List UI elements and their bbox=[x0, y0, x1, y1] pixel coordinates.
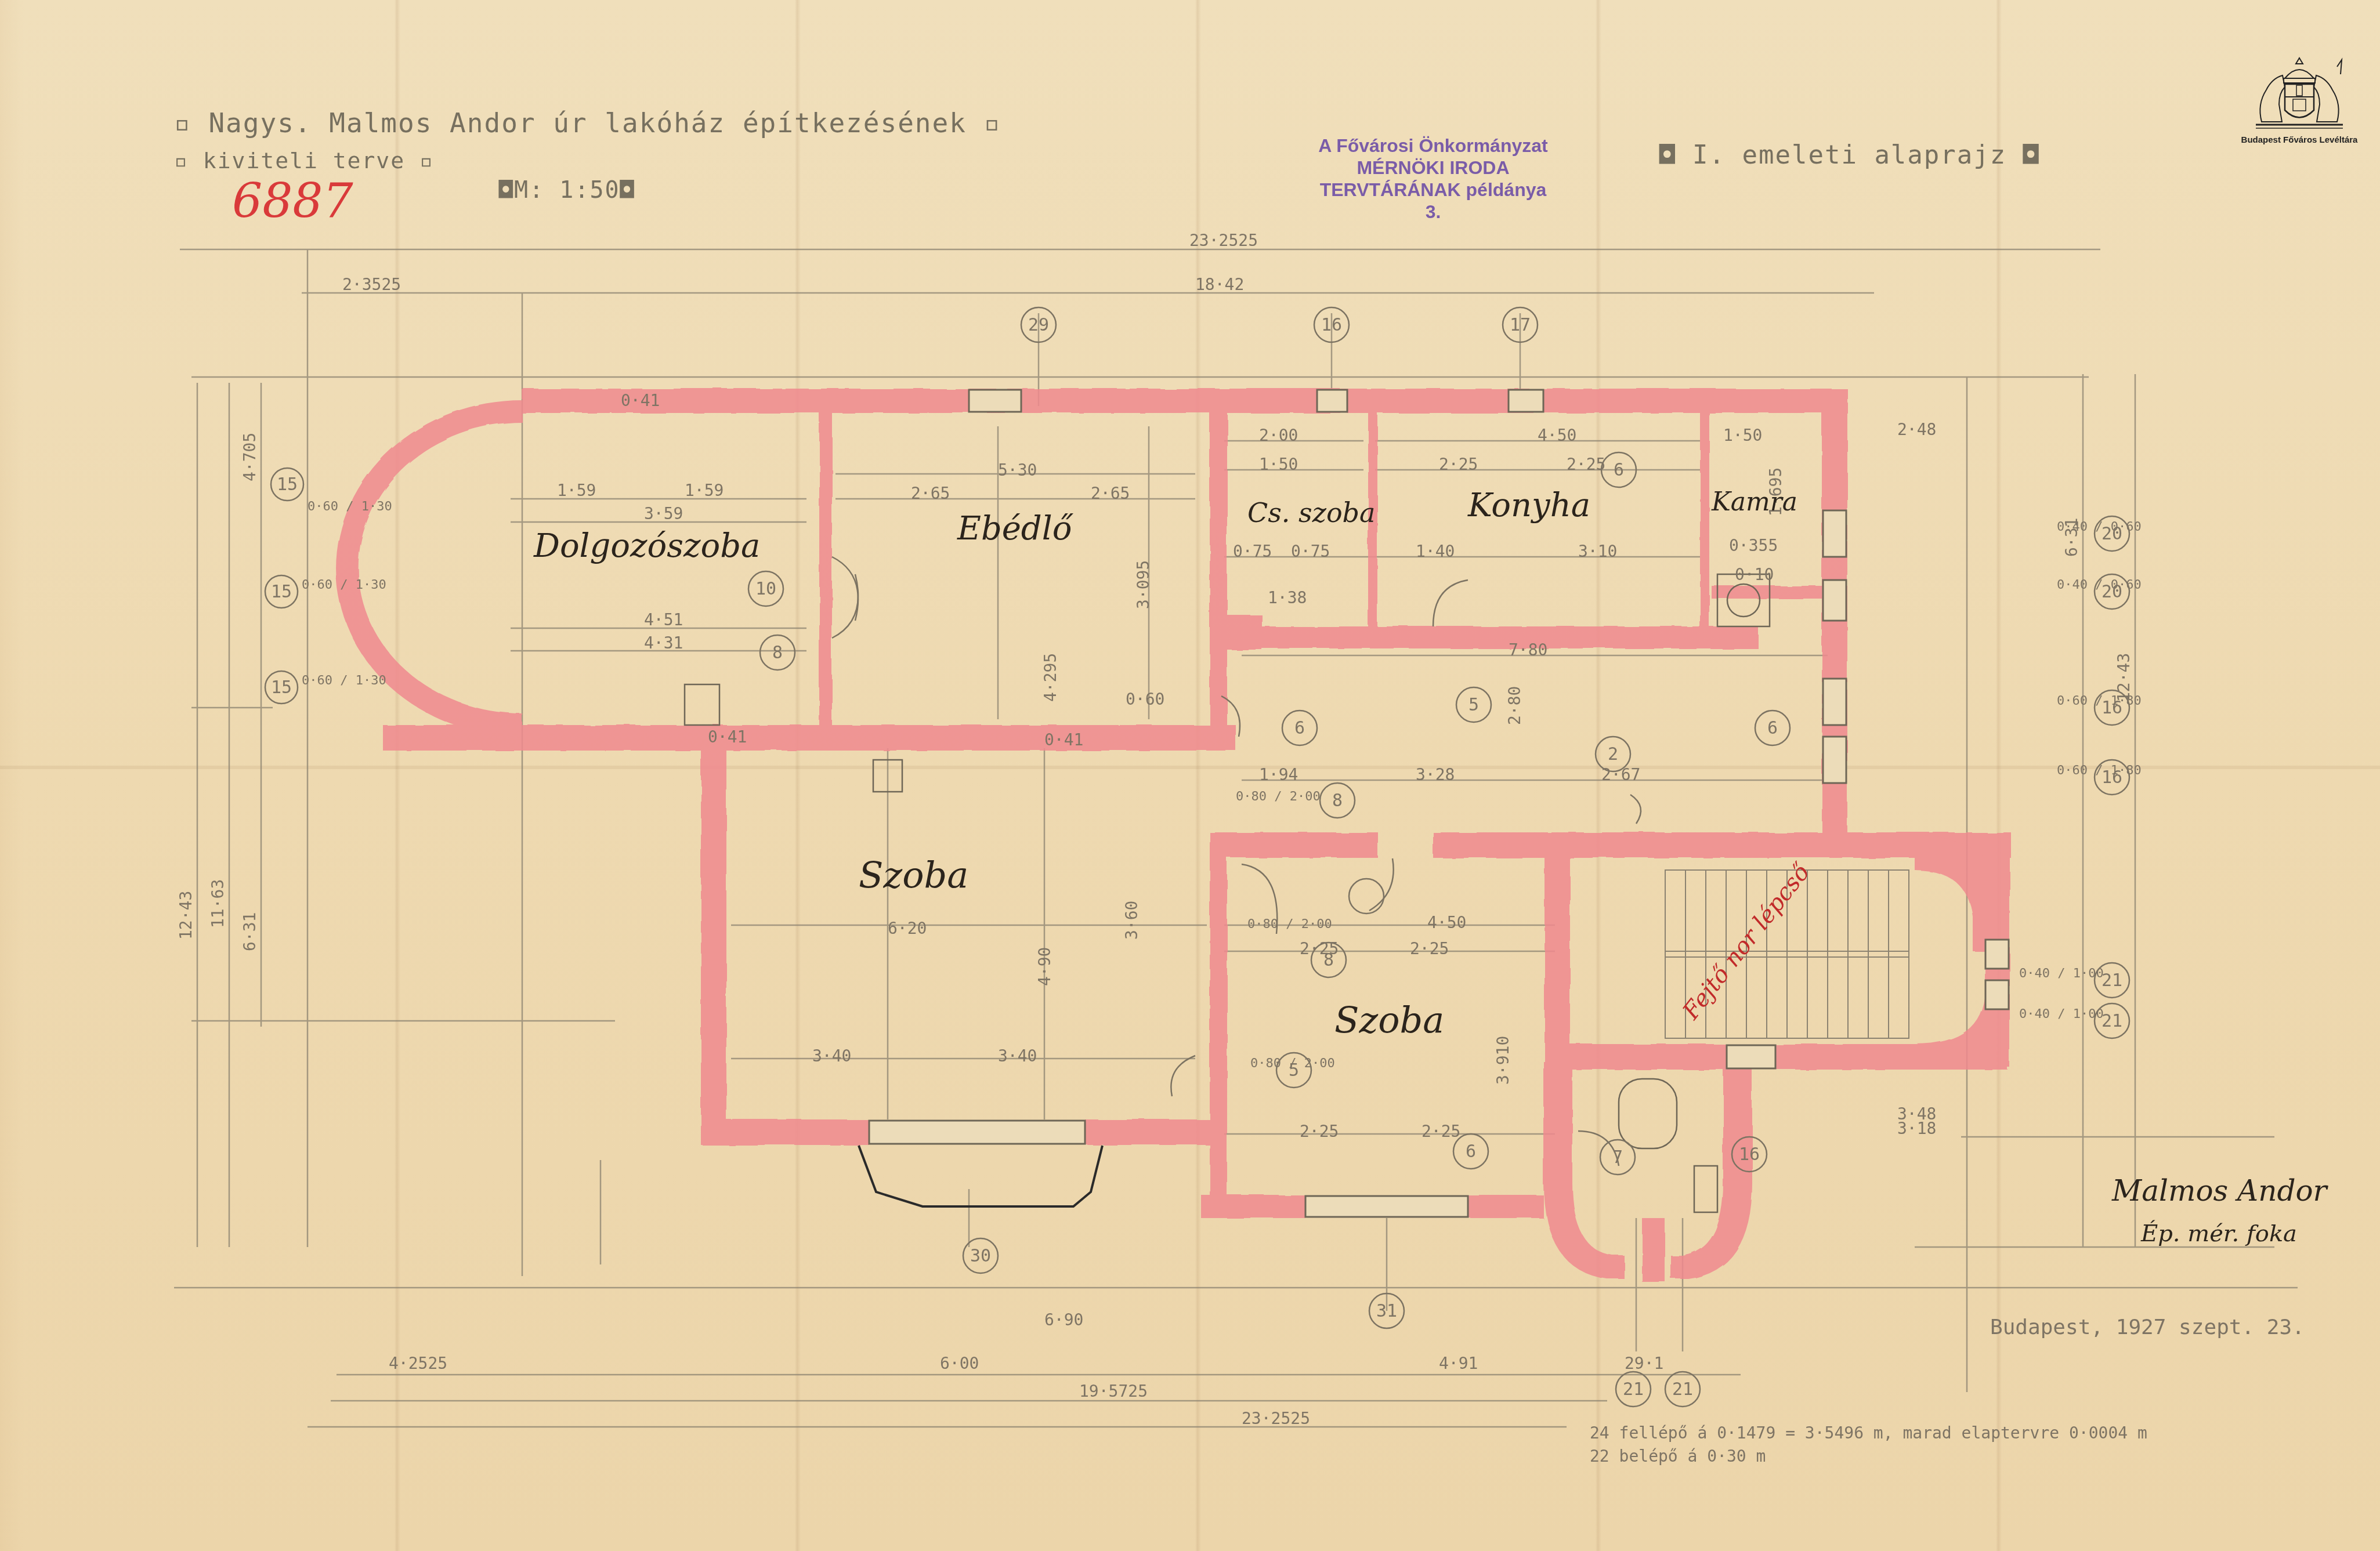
svg-text:29: 29 bbox=[1028, 315, 1049, 335]
svg-text:3·40: 3·40 bbox=[998, 1046, 1037, 1066]
drawing-date: Budapest, 1927 szept. 23. bbox=[1990, 1316, 2305, 1339]
svg-text:1·50: 1·50 bbox=[1259, 455, 1298, 474]
svg-text:4·90: 4·90 bbox=[1035, 947, 1054, 986]
svg-text:6: 6 bbox=[1767, 718, 1778, 738]
svg-text:7·80: 7·80 bbox=[1509, 640, 1547, 659]
svg-text:2·00: 2·00 bbox=[1259, 426, 1298, 445]
signature-title: Ép. mér. foka bbox=[2140, 1220, 2297, 1247]
svg-text:3·28: 3·28 bbox=[1416, 765, 1455, 784]
floor-plan-drawing: 23·2525 2·3525 18·42 2·48 12·43 11·63 6·… bbox=[0, 0, 2380, 1551]
signature-name: Malmos Andor bbox=[2111, 1174, 2328, 1208]
svg-text:30: 30 bbox=[970, 1246, 991, 1266]
svg-text:6: 6 bbox=[1294, 718, 1305, 738]
svg-text:1·59: 1·59 bbox=[557, 481, 596, 500]
dim-arc-height: 4·705 bbox=[240, 433, 259, 481]
svg-text:2·65: 2·65 bbox=[1091, 484, 1130, 503]
svg-text:2·25: 2·25 bbox=[1300, 1122, 1339, 1141]
svg-text:21: 21 bbox=[1623, 1379, 1644, 1400]
svg-text:2·25: 2·25 bbox=[1439, 455, 1478, 474]
svg-text:4·51: 4·51 bbox=[644, 610, 683, 629]
svg-text:2·67: 2·67 bbox=[1601, 765, 1640, 784]
svg-text:0·60 / 1·30: 0·60 / 1·30 bbox=[302, 578, 386, 592]
svg-text:6: 6 bbox=[1614, 460, 1624, 480]
dim-bottom-1: 4·2525 bbox=[389, 1354, 447, 1373]
dim-ebedlo-width: 5·30 bbox=[998, 461, 1037, 480]
svg-text:2: 2 bbox=[1608, 744, 1618, 764]
dim-right-projection: 2·48 bbox=[1897, 420, 1936, 439]
svg-text:21: 21 bbox=[1672, 1379, 1693, 1400]
svg-text:1·50: 1·50 bbox=[1723, 426, 1762, 445]
svg-text:0·41: 0·41 bbox=[1044, 730, 1083, 749]
svg-text:3·910: 3·910 bbox=[1493, 1036, 1513, 1085]
svg-text:0·80 / 2·00: 0·80 / 2·00 bbox=[1250, 1056, 1335, 1071]
svg-text:0·10: 0·10 bbox=[1735, 565, 1774, 584]
svg-text:4·31: 4·31 bbox=[644, 633, 683, 653]
room-kamra-label: Kamra bbox=[1711, 487, 1797, 517]
svg-text:6·20: 6·20 bbox=[888, 919, 927, 938]
svg-text:4·295: 4·295 bbox=[1041, 653, 1060, 702]
dim-top-left: 2·3525 bbox=[342, 275, 401, 294]
svg-text:0·40 / 0·60: 0·40 / 0·60 bbox=[2057, 578, 2142, 592]
svg-text:0·75: 0·75 bbox=[1291, 542, 1330, 561]
svg-text:0·355: 0·355 bbox=[1729, 536, 1778, 555]
svg-text:0·75: 0·75 bbox=[1233, 542, 1272, 561]
svg-text:17: 17 bbox=[1510, 315, 1531, 335]
svg-text:31: 31 bbox=[1376, 1301, 1397, 1321]
stair-tread-note: 22 belépő á 0·30 m bbox=[1590, 1447, 1766, 1466]
room-dolgozoszoba-label: Dolgozószoba bbox=[533, 527, 761, 565]
svg-text:1·59: 1·59 bbox=[685, 481, 724, 500]
dim-bottom-2: 6·00 bbox=[940, 1354, 979, 1373]
svg-text:8: 8 bbox=[772, 643, 783, 663]
svg-text:0·40 / 1·00: 0·40 / 1·00 bbox=[2019, 1007, 2104, 1021]
svg-text:3·59: 3·59 bbox=[644, 504, 683, 523]
svg-text:4·50: 4·50 bbox=[1538, 426, 1576, 445]
svg-text:15: 15 bbox=[271, 582, 292, 602]
stair-calculation-note: 24 fellépő á 0·1479 = 3·5496 m, marad el… bbox=[1590, 1423, 2147, 1443]
svg-text:0·60 / 1·80: 0·60 / 1·80 bbox=[2057, 763, 2142, 778]
svg-text:0·80 / 2·00: 0·80 / 2·00 bbox=[1247, 917, 1332, 932]
svg-text:15: 15 bbox=[271, 677, 292, 698]
dim-height-left-2: 11·63 bbox=[208, 879, 227, 928]
svg-text:0·60 / 1·30: 0·60 / 1·30 bbox=[302, 673, 386, 688]
svg-text:10: 10 bbox=[755, 579, 776, 599]
room-ebedlo-label: Ebédlő bbox=[957, 510, 1074, 548]
svg-text:0·40 / 1·00: 0·40 / 1·00 bbox=[2019, 966, 2104, 981]
sink-icon bbox=[1694, 1166, 1717, 1212]
svg-text:2·65: 2·65 bbox=[911, 484, 950, 503]
svg-text:0·80 / 2·00: 0·80 / 2·00 bbox=[1236, 789, 1321, 804]
bay-window bbox=[859, 1146, 1102, 1206]
svg-text:15: 15 bbox=[277, 474, 298, 495]
svg-text:16: 16 bbox=[1321, 315, 1342, 335]
dim-height-left: 12·43 bbox=[176, 891, 196, 940]
floor-plan-sheet: ▫ Nagys. Malmos Andor úr lakóház építkez… bbox=[0, 0, 2380, 1551]
dim-bottom-total-2: 23·2525 bbox=[1242, 1409, 1310, 1428]
svg-text:21: 21 bbox=[2102, 1011, 2122, 1031]
svg-text:1·94: 1·94 bbox=[1259, 765, 1298, 784]
svg-text:21: 21 bbox=[2102, 970, 2122, 991]
svg-text:0·41: 0·41 bbox=[708, 727, 747, 746]
svg-text:0·41: 0·41 bbox=[621, 391, 660, 410]
dim-overall-width: 23·2525 bbox=[1189, 231, 1258, 250]
dim-stair-width-2: 3·18 bbox=[1897, 1119, 1936, 1138]
svg-text:4·50: 4·50 bbox=[1427, 913, 1466, 932]
dim-top-main: 18·42 bbox=[1195, 275, 1244, 294]
svg-text:0·40 / 0·60: 0·40 / 0·60 bbox=[2057, 520, 2142, 534]
dim-height-left-segment: 6·31 bbox=[240, 912, 259, 951]
room-cs-szoba-label: Cs. szoba bbox=[1247, 497, 1375, 528]
svg-text:8: 8 bbox=[1332, 791, 1343, 811]
bathtub-icon bbox=[1619, 1079, 1677, 1148]
svg-text:2·25: 2·25 bbox=[1567, 455, 1605, 474]
svg-text:2·80: 2·80 bbox=[1505, 686, 1524, 725]
svg-text:2·25: 2·25 bbox=[1422, 1122, 1460, 1141]
svg-text:16: 16 bbox=[1739, 1144, 1760, 1165]
dim-bottom-mid: 6·90 bbox=[1044, 1310, 1083, 1329]
svg-text:3·60: 3·60 bbox=[1122, 901, 1141, 940]
svg-text:3·095: 3·095 bbox=[1134, 560, 1153, 609]
dim-bottom-3: 4·91 bbox=[1439, 1354, 1478, 1373]
room-szoba-5-label: Szoba bbox=[1334, 999, 1444, 1041]
svg-text:3·40: 3·40 bbox=[812, 1046, 851, 1066]
svg-text:8: 8 bbox=[1323, 950, 1334, 970]
svg-text:2·25: 2·25 bbox=[1410, 939, 1449, 958]
room-szoba-label: Szoba bbox=[859, 854, 968, 896]
svg-text:0·60 / 1·80: 0·60 / 1·80 bbox=[2057, 694, 2142, 708]
room-konyha-label: Konyha bbox=[1467, 487, 1590, 524]
svg-text:0·60: 0·60 bbox=[1126, 690, 1164, 709]
dim-bottom-4: 29·1 bbox=[1625, 1354, 1663, 1373]
svg-text:0·60 / 1·30: 0·60 / 1·30 bbox=[308, 499, 392, 514]
svg-text:7: 7 bbox=[1612, 1147, 1623, 1168]
svg-text:5: 5 bbox=[1468, 695, 1479, 715]
svg-text:6: 6 bbox=[1466, 1141, 1476, 1162]
dim-bottom-total-1: 19·5725 bbox=[1079, 1382, 1148, 1401]
svg-text:3·10: 3·10 bbox=[1578, 542, 1617, 561]
svg-text:1·40: 1·40 bbox=[1416, 542, 1455, 561]
svg-text:1·38: 1·38 bbox=[1268, 588, 1307, 607]
